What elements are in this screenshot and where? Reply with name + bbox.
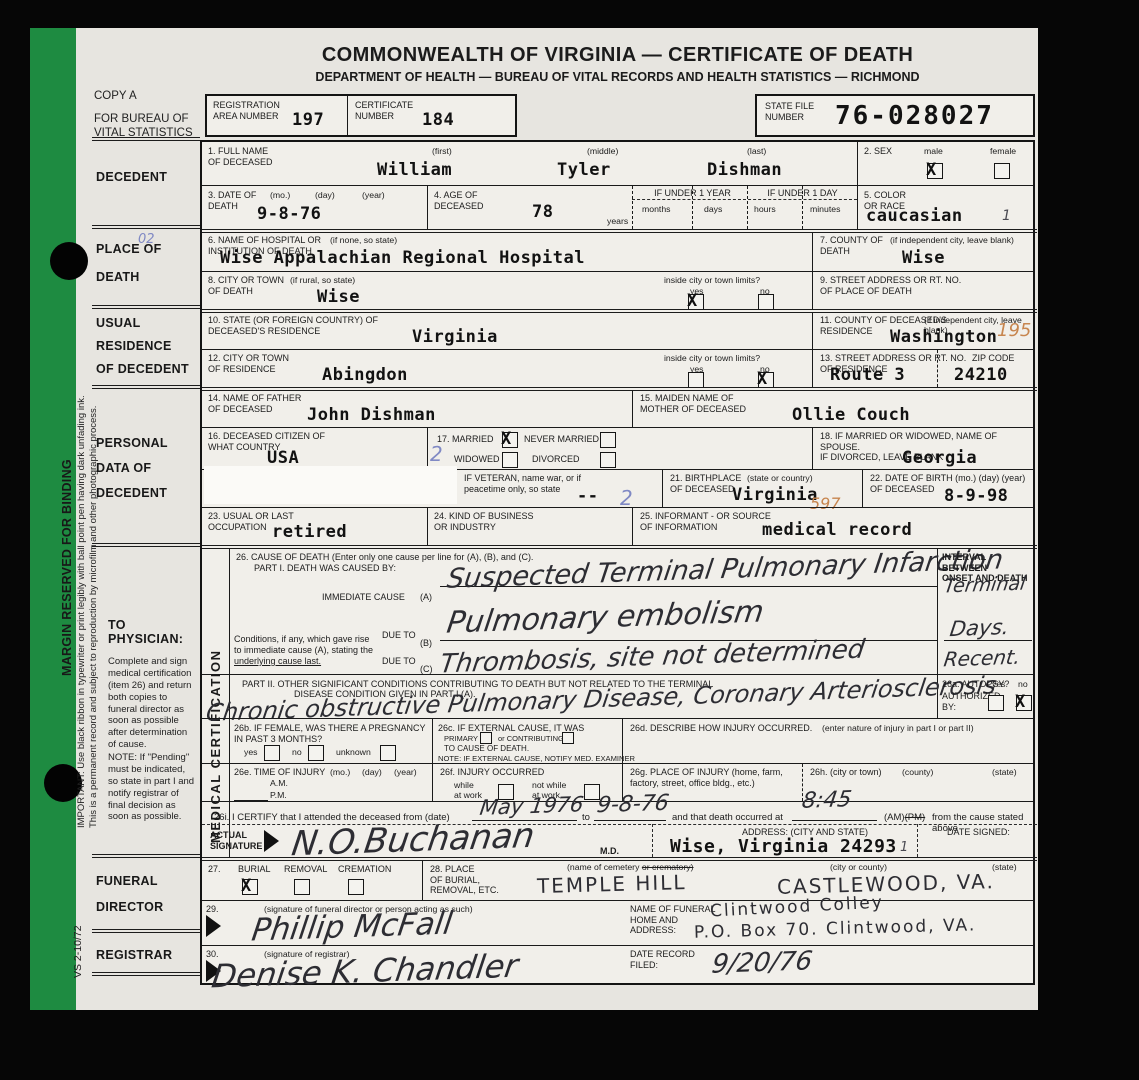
whiteout-patch xyxy=(204,466,457,504)
county-death-label: 7. COUNTY OF DEATH xyxy=(820,235,883,256)
veteran-label: IF VETERAN, name war, or if peacetime on… xyxy=(464,473,581,494)
pregnancy-no-label: no xyxy=(292,747,302,757)
city-town-26h-label: 26h. (city or town) xyxy=(810,767,882,778)
cause-a-mark: (A) xyxy=(420,592,432,603)
married-checkbox xyxy=(502,432,518,448)
pen-mark-married: 2 xyxy=(430,442,443,466)
divorced-checkbox xyxy=(600,452,616,468)
mo-hint: (mo.) xyxy=(270,190,290,200)
color-race-value: caucasian xyxy=(866,206,963,226)
am-label: (AM) xyxy=(884,812,905,823)
pregnancy-yes-label: yes xyxy=(244,747,258,757)
how-injury-hint: (enter nature of injury in part I or par… xyxy=(822,723,974,733)
cert-number-value: 184 xyxy=(422,110,454,130)
full-name-label: 1. FULL NAME OF DECEASED xyxy=(208,146,273,167)
registration-box: REGISTRATION AREA NUMBER 197 CERTIFICATE… xyxy=(205,94,517,137)
cert-number-label: CERTIFICATE NUMBER xyxy=(355,100,413,121)
sex-male-label: male xyxy=(924,146,943,156)
row-part2: PART II. OTHER SIGNIFICANT CONDITIONS CO… xyxy=(202,674,1033,718)
certificate-paper: MARGIN RESERVED FOR BINDING IMPORTANT: U… xyxy=(30,28,1038,1010)
state-residence-label: 10. STATE (OR FOREIGN COUNTRY) OF DECEAS… xyxy=(208,315,378,336)
sex-male-checkbox xyxy=(927,163,943,179)
primary-label: PRIMARY xyxy=(444,734,478,743)
sex-female-label: female xyxy=(990,146,1016,156)
cremation-checkbox xyxy=(348,879,364,895)
interval-a-value: Terminal xyxy=(942,573,1027,598)
city-residence-label: 12. CITY OR TOWN OF RESIDENCE xyxy=(208,353,289,374)
pen-mark-02: 02 xyxy=(138,232,155,247)
father-value: John Dishman xyxy=(307,405,436,425)
street-death-label: 9. STREET ADDRESS OR RT. NO. OF PLACE OF… xyxy=(820,275,961,296)
md-address-value: Wise, Virginia 24293 xyxy=(670,836,897,857)
row-funeral-director: 29. (signature of funeral director or pe… xyxy=(202,900,1033,945)
while-at-work-label: while at work xyxy=(454,780,482,800)
pen-tick-address: 1 xyxy=(900,840,908,855)
cause-b-mark: (B) xyxy=(420,638,432,649)
injury-am-label: A.M. xyxy=(270,778,288,788)
mother-value: Ollie Couch xyxy=(792,405,910,425)
pending-note: NOTE: If "Pending" must be indicated, so… xyxy=(108,752,196,823)
year-hint: (year) xyxy=(362,190,385,200)
section-director: DIRECTOR xyxy=(96,900,163,914)
sex-label: 2. SEX xyxy=(864,146,892,157)
injury-year-hint: (year) xyxy=(394,767,417,777)
row-occupation: 23. USUAL OR LAST OCCUPATION retired 24.… xyxy=(202,507,1033,545)
burial-city-hint: (city or county) xyxy=(830,862,887,872)
city-death-value: Wise xyxy=(317,287,360,307)
birthplace-value: Virginia xyxy=(732,485,818,505)
business-label: 24. KIND OF BUSINESS OR INDUSTRY xyxy=(434,511,534,532)
county-residence-value: Washington xyxy=(890,327,997,347)
punch-hole-top xyxy=(50,242,88,280)
certificate-subtitle: DEPARTMENT OF HEALTH — BUREAU OF VITAL R… xyxy=(200,70,1035,84)
never-married-label: NEVER MARRIED xyxy=(524,434,599,445)
under-day-label: IF UNDER 1 DAY xyxy=(750,188,855,199)
row-marital: 16. DECEASED CITIZEN OF WHAT COUNTRY USA… xyxy=(202,427,1033,469)
dob-value: 8-9-98 xyxy=(944,486,1008,506)
contributing-checkbox xyxy=(562,732,574,744)
first-name-value: William xyxy=(377,160,452,180)
reg-area-value: 197 xyxy=(292,110,324,130)
hours-hint: hours xyxy=(754,204,776,214)
contributing-label: or CONTRIBUTING xyxy=(498,734,564,743)
date-of-death-value: 9-8-76 xyxy=(257,204,321,224)
age-label: 4. AGE OF DECEASED xyxy=(434,190,484,211)
section-registrar: REGISTRAR xyxy=(96,948,172,962)
funeral-director-signature: Phillip McFall xyxy=(250,905,455,948)
limits-death-no-checkbox xyxy=(758,294,774,310)
copy-label: COPY A xyxy=(94,90,137,102)
widowed-checkbox xyxy=(502,452,518,468)
row-date-age: 3. DATE OF DEATH (mo.) (day) (year) 9-8-… xyxy=(202,185,1033,229)
married-label: 17. MARRIED xyxy=(437,434,494,445)
burial-checkbox xyxy=(242,879,258,895)
form-grid: 1. FULL NAME OF DECEASED (first) (middle… xyxy=(200,140,1035,985)
section-decedent-2: DECEDENT xyxy=(96,486,167,500)
occupation-value: retired xyxy=(272,522,347,542)
section-death: DEATH xyxy=(96,270,140,284)
row-burial: 27. BURIAL REMOVAL CREMATION 28. PLACE O… xyxy=(202,860,1033,900)
street-residence-value: Route 3 xyxy=(830,365,905,385)
pen-tick-race: 1 xyxy=(1002,208,1011,224)
certify-to-date: 9-8-76 xyxy=(595,791,670,819)
city-residence-value: Abingdon xyxy=(322,365,408,385)
injury-mo-hint: (mo.) xyxy=(330,767,350,777)
place-burial-label: 28. PLACE OF BURIAL, REMOVAL, ETC. xyxy=(430,864,499,896)
autopsy-no-checkbox xyxy=(1016,695,1032,711)
section-to-physician: TO PHYSICIAN: xyxy=(108,618,183,646)
removal-label: REMOVAL xyxy=(284,864,327,875)
cemetery-hint-1: (name of cemetery xyxy=(567,862,639,872)
pregnancy-no-checkbox xyxy=(308,745,324,761)
county-death-hint: (if independent city, leave blank) xyxy=(890,235,1014,245)
place-burial-value: TEMPLE HILL xyxy=(537,870,687,898)
form-code: VS 2-10/72 xyxy=(72,925,84,978)
limits-death-label: inside city or town limits? xyxy=(664,275,760,285)
certify-ampm: (AM)(PM) xyxy=(884,812,925,823)
death-certificate-screenshot: MARGIN RESERVED FOR BINDING IMPORTANT: U… xyxy=(0,0,1139,1080)
burial-state-hint: (state) xyxy=(992,862,1017,872)
certify-time: 8:45 xyxy=(800,787,853,814)
row-city-residence: 12. CITY OR TOWN OF RESIDENCE Abingdon i… xyxy=(202,349,1033,387)
external-note-label: NOTE: IF EXTERNAL CAUSE, NOTIFY MED. EXA… xyxy=(438,754,635,763)
divorced-label: DIVORCED xyxy=(532,454,580,465)
cause-b-value: Pulmonary embolism xyxy=(445,594,766,640)
minutes-hint: minutes xyxy=(810,204,840,214)
row-city-death: 8. CITY OR TOWN OF DEATH (if rural, so s… xyxy=(202,271,1033,309)
md-label: M.D. xyxy=(600,846,619,857)
row-veteran-birth: IF VETERAN, name war, or if peacetime on… xyxy=(202,469,1033,507)
informant-label: 25. INFORMANT - OR SOURCE OF INFORMATION xyxy=(640,511,771,532)
last-name-value: Dishman xyxy=(707,160,782,180)
injury-pm-label: P.M. xyxy=(270,790,287,800)
spouse-value: Georgia xyxy=(902,448,977,468)
city-death-hint: (if rural, so state) xyxy=(290,275,355,285)
reg-area-label: REGISTRATION AREA NUMBER xyxy=(213,100,280,121)
county-death-value: Wise xyxy=(902,248,945,268)
day-hint: (day) xyxy=(315,190,335,200)
section-usual: USUAL xyxy=(96,316,141,330)
how-injury-label: 26d. DESCRIBE HOW INJURY OCCURRED. xyxy=(630,723,812,734)
primary-checkbox xyxy=(480,732,492,744)
row-state-residence: 10. STATE (OR FOREIGN COUNTRY) OF DECEAS… xyxy=(202,312,1033,349)
row-26bcd: 26b. IF FEMALE, WAS THERE A PREGNANCY IN… xyxy=(202,718,1033,763)
hospital-hint: (if none, so state) xyxy=(330,235,397,245)
autopsy-yes-checkbox xyxy=(988,695,1004,711)
county-26h-hint: (county) xyxy=(902,767,933,777)
burial-city-value: CASTLEWOOD, VA. xyxy=(777,869,995,899)
item27-number: 27. xyxy=(208,864,221,875)
registrar-signature: Denise K. Chandler xyxy=(209,947,520,996)
pregnancy-unknown-checkbox xyxy=(380,745,396,761)
middle-hint: (middle) xyxy=(587,146,618,156)
interval-c-value: Recent. xyxy=(942,645,1022,672)
first-hint: (first) xyxy=(432,146,452,156)
row-full-name: 1. FULL NAME OF DECEASED (first) (middle… xyxy=(202,142,1033,185)
conditions-underline-label: underlying cause last. xyxy=(234,656,321,667)
director-arrow-icon xyxy=(206,915,221,937)
hospital-value: Wise Appalachian Regional Hospital xyxy=(220,248,585,268)
birthplace-hint: (state or country) xyxy=(747,473,813,483)
years-hint: years xyxy=(607,216,628,226)
pregnancy-unknown-label: unknown xyxy=(336,747,371,757)
item29-number: 29. xyxy=(206,904,219,915)
months-hint: months xyxy=(642,204,671,214)
state-26h-hint: (state) xyxy=(992,767,1017,777)
zip-label: ZIP CODE xyxy=(972,353,1014,364)
interval-b-value: Days. xyxy=(948,615,1010,641)
sex-female-checkbox xyxy=(994,163,1010,179)
pm-label-struck: (PM) xyxy=(905,812,926,823)
section-residence: RESIDENCE xyxy=(96,339,172,353)
limits-residence-label: inside city or town limits? xyxy=(664,353,760,363)
row-cause-of-death: 26. CAUSE OF DEATH (Enter only one cause… xyxy=(202,548,1033,674)
margin-important-note: IMPORTANT: Use black ribbon in typewrite… xyxy=(76,395,88,828)
last-hint: (last) xyxy=(747,146,766,156)
date-filed-label: DATE RECORD FILED: xyxy=(630,949,695,970)
signature-arrow-icon xyxy=(264,830,279,852)
limits-residence-no-checkbox xyxy=(758,372,774,388)
date-signed-label: DATE SIGNED: xyxy=(947,827,1010,838)
section-of-decedent: OF DECEDENT xyxy=(96,362,189,376)
state-file-box: STATE FILE NUMBER 76-028027 xyxy=(755,94,1035,137)
injury-occurred-label: 26f. INJURY OCCURRED xyxy=(440,767,544,778)
widowed-label: WIDOWED xyxy=(454,454,500,465)
age-value: 78 xyxy=(532,202,553,222)
certify-mid-text: and that death occurred at xyxy=(672,812,783,823)
never-married-checkbox xyxy=(600,432,616,448)
due-to-c-label: DUE TO xyxy=(382,656,416,667)
middle-name-value: Tyler xyxy=(557,160,611,180)
mother-label: 15. MAIDEN NAME OF MOTHER OF DECEASED xyxy=(640,393,746,414)
citizen-value: USA xyxy=(267,448,299,468)
veteran-value: -- xyxy=(577,486,598,506)
margin-binding-label: MARGIN RESERVED FOR BINDING xyxy=(60,459,74,676)
row-parents: 14. NAME OF FATHER OF DECEASED John Dish… xyxy=(202,390,1033,427)
physician-note: Complete and sign medical certification … xyxy=(108,656,196,751)
state-residence-value: Virginia xyxy=(412,327,498,347)
days-hint: days xyxy=(704,204,722,214)
immediate-cause-label: IMMEDIATE CAUSE xyxy=(322,592,405,603)
cremation-label: CREMATION xyxy=(338,864,391,875)
section-data-of: DATA OF xyxy=(96,461,151,475)
state-file-value: 76-028027 xyxy=(835,101,994,131)
state-file-label: STATE FILE NUMBER xyxy=(765,101,814,122)
pregnancy-yes-checkbox xyxy=(264,745,280,761)
zip-value: 24210 xyxy=(954,365,1008,385)
row-hospital: 6. NAME OF HOSPITAL OR INSTITUTION OF DE… xyxy=(202,232,1033,271)
row-certify: 26i. I CERTIFY that I attended the decea… xyxy=(202,801,1033,857)
row-registrar: 30. (signature of registrar) Denise K. C… xyxy=(202,945,1033,987)
pregnancy-label: 26b. IF FEMALE, WAS THERE A PREGNANCY IN… xyxy=(234,723,426,744)
to-cause-label: TO CAUSE OF DEATH. xyxy=(444,744,529,753)
date-filed-value: 9/20/76 xyxy=(710,946,814,980)
cause-c-value: Thrombosis, site not determined xyxy=(438,635,867,680)
injury-day-hint: (day) xyxy=(362,767,382,777)
informant-value: medical record xyxy=(762,520,912,540)
certificate-title: COMMONWEALTH OF VIRGINIA — CERTIFICATE O… xyxy=(200,44,1035,67)
date-of-death-label: 3. DATE OF DEATH xyxy=(208,190,256,211)
part1-label: PART I. DEATH WAS CAUSED BY: xyxy=(254,563,396,574)
autopsy-no-label: no xyxy=(1018,679,1028,689)
removal-checkbox xyxy=(294,879,310,895)
time-injury-label: 26e. TIME OF INJURY xyxy=(234,767,325,778)
limits-death-yes-checkbox xyxy=(688,294,704,310)
place-injury-label: 26g. PLACE OF INJURY (home, farm, factor… xyxy=(630,767,783,788)
birthplace-label: 21. BIRTHPLACE OF DECEASED xyxy=(670,473,741,494)
conditions-label: Conditions, if any, which gave rise to i… xyxy=(234,634,373,655)
father-label: 14. NAME OF FATHER OF DECEASED xyxy=(208,393,301,414)
certify-to-word: to xyxy=(582,812,590,823)
burial-label: BURIAL xyxy=(238,864,271,875)
section-decedent: DECEDENT xyxy=(96,170,167,184)
limits-residence-yes-checkbox xyxy=(688,372,704,388)
section-personal: PERSONAL xyxy=(96,436,168,450)
pen-mark-195: 195 xyxy=(997,320,1031,341)
actual-signature-label: ACTUAL SIGNATURE xyxy=(210,830,262,851)
city-death-label: 8. CITY OR TOWN OF DEATH xyxy=(208,275,284,296)
cause-label: 26. CAUSE OF DEATH (Enter only one cause… xyxy=(236,552,533,563)
due-to-b-label: DUE TO xyxy=(382,630,416,641)
under-year-label: IF UNDER 1 YEAR xyxy=(640,188,745,199)
section-funeral: FUNERAL xyxy=(96,874,158,888)
autopsy-yes-label: yes xyxy=(992,679,1006,689)
